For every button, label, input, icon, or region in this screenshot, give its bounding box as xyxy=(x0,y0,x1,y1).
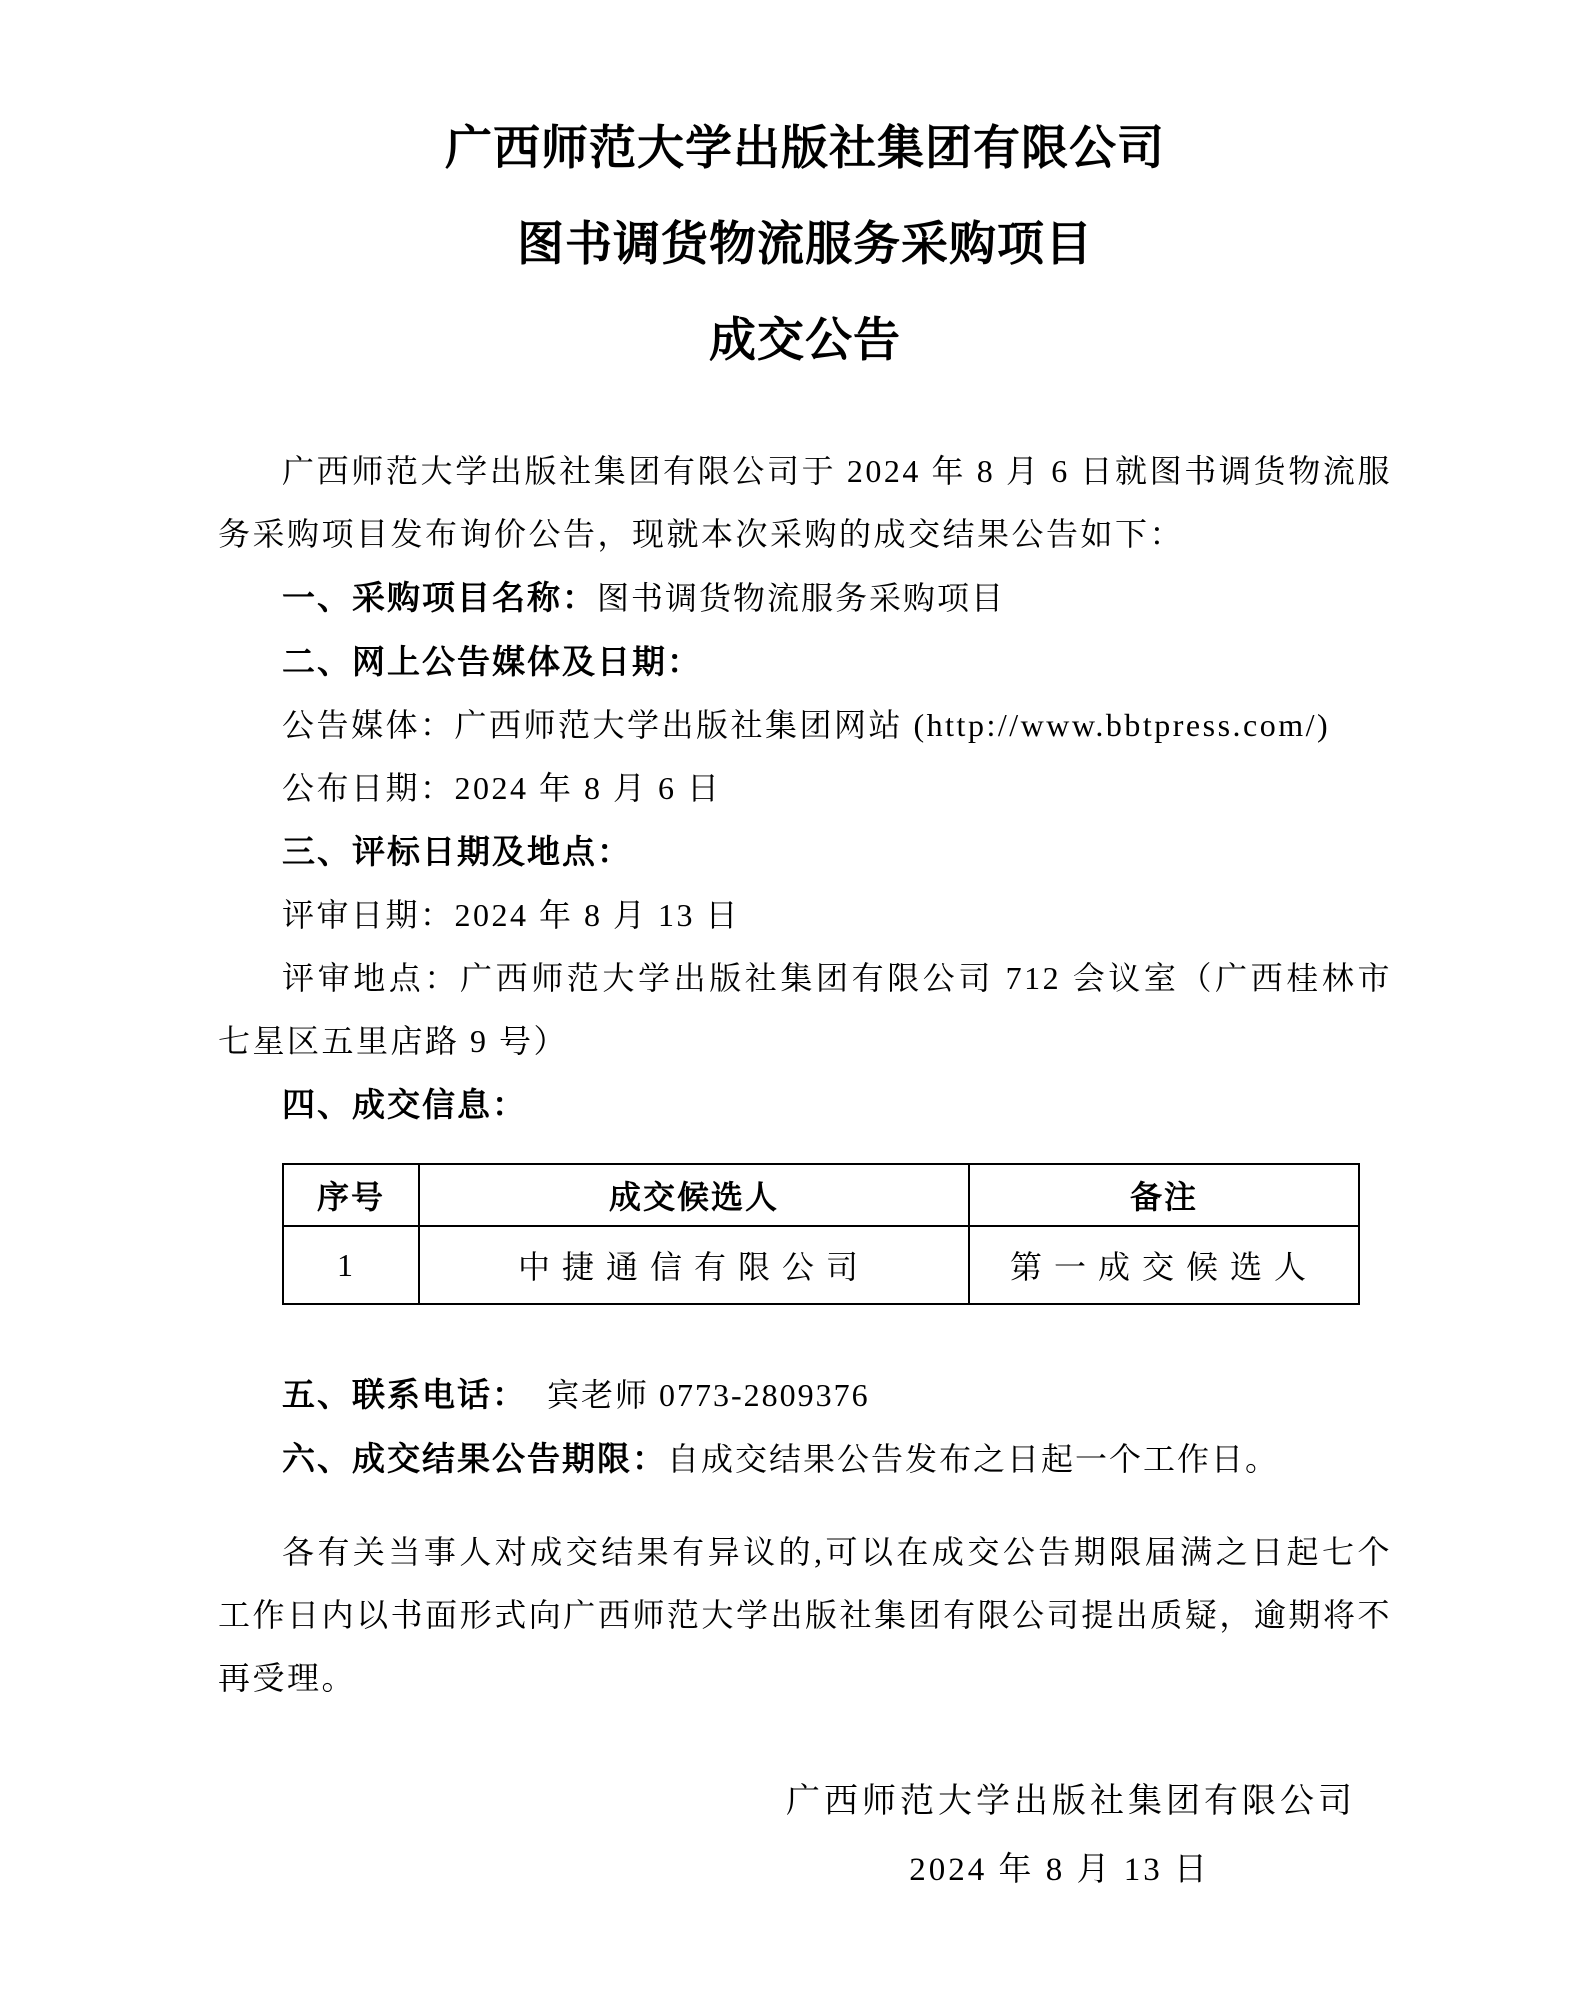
signature-date: 2024 年 8 月 13 日 xyxy=(218,1836,1392,1904)
table-header-row: 序号 成交候选人 备注 xyxy=(283,1164,1359,1226)
intro-paragraph: 广西师范大学出版社集团有限公司于 2024 年 8 月 6 日就图书调货物流服务… xyxy=(218,440,1392,566)
signature-company: 广西师范大学出版社集团有限公司 xyxy=(218,1768,1392,1836)
cell-remark: 第一成交候选人 xyxy=(969,1226,1359,1304)
header-cell-remark: 备注 xyxy=(969,1164,1359,1226)
section-2-publish-date-line: 公布日期：2024 年 8 月 6 日 xyxy=(218,757,1392,820)
section-3-review-date-place: 三、评标日期及地点： xyxy=(218,820,1392,884)
section-4-award-info: 四、成交信息： xyxy=(218,1073,1392,1137)
title-line-announcement: 成交公告 xyxy=(218,292,1392,388)
section-1-heading: 一、采购项目名称： xyxy=(282,579,597,616)
section-2-media-date: 二、网上公告媒体及日期： xyxy=(218,630,1392,694)
section-4-heading: 四、成交信息： xyxy=(282,1086,527,1123)
section-2-heading: 二、网上公告媒体及日期： xyxy=(282,643,702,680)
section-6-text: 自成交结果公告发布之日起一个工作日。 xyxy=(667,1441,1279,1477)
announcement-document: 广西师范大学出版社集团有限公司 图书调货物流服务采购项目 成交公告 广西师范大学… xyxy=(0,0,1587,1993)
section-1-project-name: 一、采购项目名称：图书调货物流服务采购项目 xyxy=(218,566,1392,630)
header-cell-index: 序号 xyxy=(283,1164,419,1226)
table-row: 1 中捷通信有限公司 第一成交候选人 xyxy=(283,1226,1359,1304)
section-3-review-place-line: 评审地点：广西师范大学出版社集团有限公司 712 会议室（广西桂林市七星区五里店… xyxy=(218,947,1392,1073)
section-3-review-date-line: 评审日期：2024 年 8 月 13 日 xyxy=(218,884,1392,947)
closing-paragraph: 各有关当事人对成交结果有异议的,可以在成交公告期限届满之日起七个工作日内以书面形… xyxy=(218,1521,1392,1710)
section-6-announcement-period: 六、成交结果公告期限：自成交结果公告发布之日起一个工作日。 xyxy=(218,1427,1392,1491)
section-2-media-line: 公告媒体：广西师范大学出版社集团网站 (http://www.bbtpress.… xyxy=(218,694,1392,757)
header-cell-candidate: 成交候选人 xyxy=(419,1164,969,1226)
signature-block: 广西师范大学出版社集团有限公司 2024 年 8 月 13 日 xyxy=(218,1768,1392,1904)
section-6-heading: 六、成交结果公告期限： xyxy=(282,1440,667,1477)
section-3-heading: 三、评标日期及地点： xyxy=(282,833,632,870)
title-line-project: 图书调货物流服务采购项目 xyxy=(218,196,1392,292)
title-line-company: 广西师范大学出版社集团有限公司 xyxy=(218,100,1392,196)
section-5-heading: 五、联系电话： xyxy=(282,1376,527,1413)
section-1-text: 图书调货物流服务采购项目 xyxy=(597,580,1005,616)
cell-candidate: 中捷通信有限公司 xyxy=(419,1226,969,1304)
section-5-text: 宾老师 0773-2809376 xyxy=(547,1377,870,1413)
award-candidates-table: 序号 成交候选人 备注 1 中捷通信有限公司 第一成交候选人 xyxy=(282,1163,1360,1305)
document-title-block: 广西师范大学出版社集团有限公司 图书调货物流服务采购项目 成交公告 xyxy=(218,100,1392,388)
cell-index: 1 xyxy=(283,1226,419,1304)
section-5-contact-phone: 五、联系电话：宾老师 0773-2809376 xyxy=(218,1363,1392,1427)
